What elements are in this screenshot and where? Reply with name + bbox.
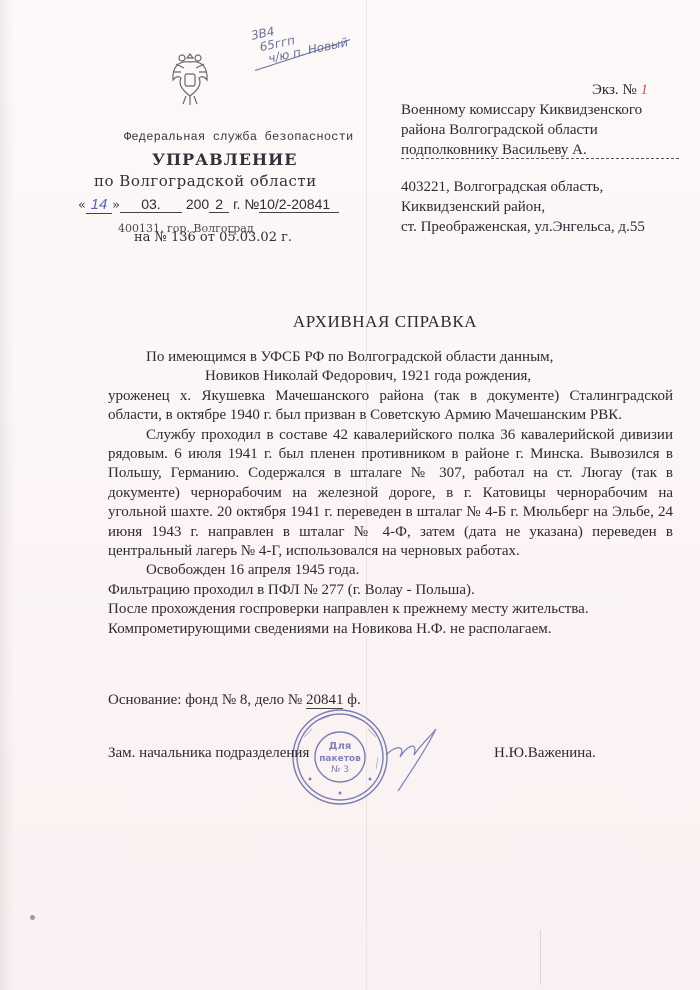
- handwritten-signature: [378, 715, 448, 795]
- date-day: 14: [86, 196, 112, 214]
- filtration-line: Фильтрацию проходил в ПФЛ № 277 (г. Вола…: [108, 581, 673, 600]
- signatory-name: Н.Ю.Важенина.: [494, 745, 596, 762]
- service-paragraph: Службу проходил в составе 42 кавалерийск…: [108, 426, 673, 562]
- svg-text:№ 3: № 3: [331, 765, 349, 775]
- svg-text:пакетов: пакетов: [319, 754, 361, 764]
- copy-number: Экз. № 1: [592, 82, 648, 99]
- date-number-line: «14»03. 2002 г. №10/2-20841: [78, 196, 339, 214]
- scan-artifact-mark: [540, 930, 661, 985]
- addressee-postal-address: 403221, Волгоградская область, Киквидзен…: [401, 177, 645, 237]
- certificate-body: По имеющимся в УФСБ РФ по Волгоградской …: [108, 348, 673, 639]
- intro-paragraph: По имеющимся в УФСБ РФ по Волгоградской …: [108, 348, 673, 367]
- document-title: АРХИВНАЯ СПРАВКА: [0, 312, 700, 332]
- signatory-position: Зам. начальника подразделения: [108, 745, 309, 762]
- svg-text:Для: Для: [329, 741, 352, 752]
- compromising-line: Компрометирующими сведениями на Новикова…: [108, 620, 673, 639]
- person-line: Новиков Николай Федорович, 1921 года рож…: [108, 367, 673, 386]
- date-month: 03.: [120, 196, 182, 213]
- scan-artifact-dot: [30, 915, 35, 920]
- russian-coat-of-arms-icon: [168, 48, 212, 108]
- reference-line: на № 136 от 05.03.02 г.: [134, 230, 292, 245]
- department-region: по Волгоградской области: [94, 172, 317, 190]
- date-year: 2: [209, 196, 229, 213]
- after-check-line: После прохождения госпроверки направлен …: [108, 600, 673, 619]
- department-title: УПРАВЛЕНИЕ: [152, 150, 297, 169]
- addressee-block: Военному комиссару Киквидзенского района…: [401, 100, 642, 160]
- outgoing-number: 10/2-20841: [259, 196, 339, 213]
- birthplace-paragraph: уроженец х. Якушевка Мачешанского района…: [108, 387, 673, 426]
- dashed-separator: [401, 158, 679, 159]
- released-line: Освобожден 16 апреля 1945 года.: [108, 561, 673, 580]
- agency-name: Федеральная служба безопасности: [124, 130, 353, 144]
